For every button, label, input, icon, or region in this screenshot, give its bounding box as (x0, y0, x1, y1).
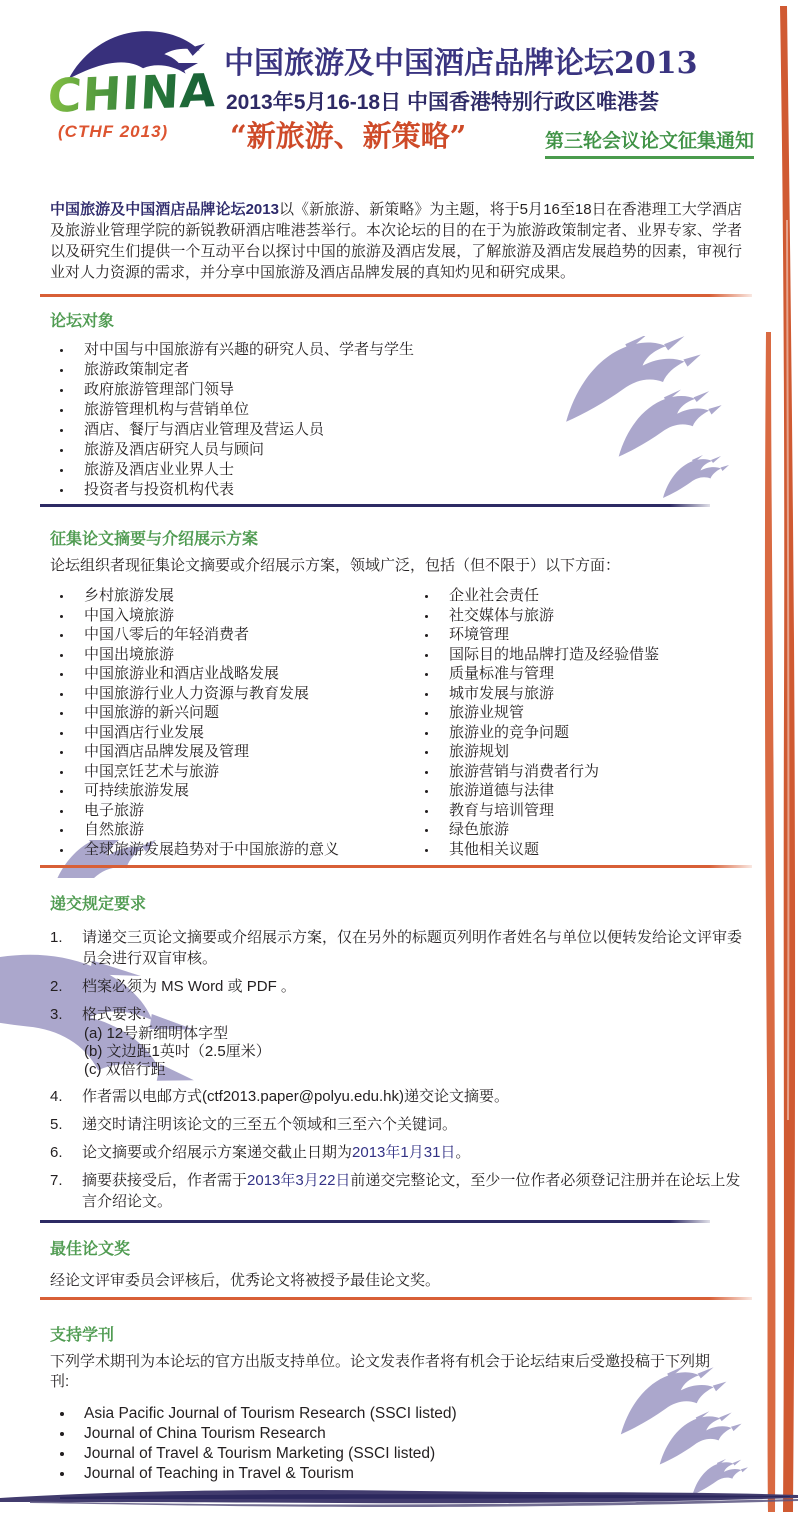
list-item: 旅游及酒店业业界人士 (50, 460, 742, 480)
bullet-dot-icon (50, 820, 84, 840)
list-item-label: 中国出境旅游 (84, 645, 174, 665)
bullet-dot-icon (50, 1424, 84, 1444)
journal-item: Journal of Teaching in Travel & Tourism (50, 1464, 742, 1484)
list-item: 质量标准与管理 (415, 664, 740, 684)
list-item-label: 投资者与投资机构代表 (84, 480, 234, 500)
list-item: 酒店、餐厅与酒店业管理及营运人员 (50, 420, 742, 440)
list-item-label: 旅游业规管 (449, 703, 524, 723)
list-item-label: 中国旅游的新兴问题 (84, 703, 219, 723)
topics-intro: 论坛组织者现征集论文摘要或介绍展示方案，领域广泛，包括（但不限于）以下方面： (50, 556, 742, 576)
logo-ctf-text: (CTHF 2013) (58, 122, 168, 142)
item-text: 请递交三页论文摘要或介绍展示方案，仅在另外的标题页列明作者姓名与单位以便转发给论… (82, 927, 742, 969)
list-item-label: 质量标准与管理 (449, 664, 554, 684)
award-text: 经论文评审委员会评核后，优秀论文将被授予最佳论文奖。 (50, 1270, 742, 1291)
sub-item: (b) 文边距1英吋（2.5厘米） (82, 1043, 742, 1061)
bullet-dot-icon (415, 742, 449, 762)
sub-item: (c) 双倍行距 (82, 1061, 742, 1079)
section-topics: 征集论文摘要与介绍展示方案 论坛组织者现征集论文摘要或介绍展示方案，领域广泛，包… (50, 530, 742, 859)
list-item-label: 旅游政策制定者 (84, 360, 189, 380)
item-text: 作者需以电邮方式(ctf2013.paper@polyu.edu.hk)递交论文… (82, 1086, 742, 1107)
deadline-date: 2013年3月22日 (247, 1172, 350, 1189)
list-item: 旅游政策制定者 (50, 360, 742, 380)
list-item: 中国烹饪艺术与旅游 (50, 762, 415, 782)
list-item-label: 教育与培训管理 (449, 801, 554, 821)
numbered-item: 2. 档案必须为 MS Word 或 PDF 。 (50, 976, 742, 997)
list-item: 中国八零后的年轻消费者 (50, 625, 415, 645)
intro-lead: 中国旅游及中国酒店品牌论坛2013 (50, 201, 279, 218)
item-number: 5. (50, 1114, 82, 1135)
list-item: 政府旅游管理部门领导 (50, 380, 742, 400)
bullet-dot-icon (50, 645, 84, 665)
topics-column-right: 企业社会责任 社交媒体与旅游 环境管理 国际目的地品牌打造及经验借鉴 (415, 586, 740, 859)
list-item-label: 政府旅游管理部门领导 (84, 380, 234, 400)
list-item: 乡村旅游发展 (50, 586, 415, 606)
numbered-item: 6. 论文摘要或介绍展示方案递交截止日期为2013年1月31日。 (50, 1142, 742, 1163)
list-item: 中国入境旅游 (50, 606, 415, 626)
bullet-dot-icon (50, 625, 84, 645)
journal-item: Asia Pacific Journal of Tourism Research… (50, 1404, 742, 1424)
list-item: 中国旅游业和酒店业战略发展 (50, 664, 415, 684)
notice-badge: 第三轮会议论文征集通知 (545, 126, 754, 159)
forum-datetime: 2013年5月16-18日 中国香港特别行政区唯港荟 (226, 86, 659, 116)
section-heading: 征集论文摘要与介绍展示方案 (50, 530, 742, 550)
bullet-dot-icon (415, 625, 449, 645)
bullet-dot-icon (415, 781, 449, 801)
bullet-dot-icon (415, 762, 449, 782)
list-item-label: 旅游业的竞争问题 (449, 723, 569, 743)
bullet-dot-icon (50, 480, 84, 500)
journal-name: Journal of Travel & Tourism Marketing (S… (84, 1444, 435, 1464)
section-submission: 递交规定要求 1. 请递交三页论文摘要或介绍展示方案，仅在另外的标题页列明作者姓… (50, 895, 742, 1219)
item-text: 摘要获接受后，作者需于2013年3月22日前递交完整论文，至少一位作者必须登记注… (82, 1170, 742, 1212)
list-item: 绿色旅游 (415, 820, 740, 840)
bullet-dot-icon (50, 801, 84, 821)
list-item-label: 国际目的地品牌打造及经验借鉴 (449, 645, 659, 665)
journal-name: Journal of China Tourism Research (84, 1424, 326, 1444)
bullet-dot-icon (50, 703, 84, 723)
intro-paragraph: 中国旅游及中国酒店品牌论坛2013以《新旅游、新策略》为主题，将于5月16至18… (50, 199, 742, 283)
bullet-dot-icon (50, 1404, 84, 1424)
item-text: 档案必须为 MS Word 或 PDF 。 (82, 976, 742, 997)
journal-name: Asia Pacific Journal of Tourism Research… (84, 1404, 457, 1424)
item-number: 6. (50, 1142, 82, 1163)
bullet-dot-icon (415, 723, 449, 743)
section-heading: 支持学刊 (50, 1326, 742, 1346)
bullet-dot-icon (50, 380, 84, 400)
list-item-label: 绿色旅游 (449, 820, 509, 840)
section-heading: 最佳论文奖 (50, 1240, 742, 1260)
list-item-label: 企业社会责任 (449, 586, 539, 606)
list-item: 旅游规划 (415, 742, 740, 762)
item-number: 7. (50, 1170, 82, 1212)
list-item-label: 城市发展与旅游 (449, 684, 554, 704)
list-item: 可持续旅游发展 (50, 781, 415, 801)
list-item-label: 中国酒店行业发展 (84, 723, 204, 743)
list-item-label: 自然旅游 (84, 820, 144, 840)
item-number: 4. (50, 1086, 82, 1107)
list-item: 教育与培训管理 (415, 801, 740, 821)
list-item-label: 可持续旅游发展 (84, 781, 189, 801)
section-heading: 递交规定要求 (50, 895, 742, 915)
list-item-label: 中国烹饪艺术与旅游 (84, 762, 219, 782)
bullet-dot-icon (415, 606, 449, 626)
bullet-dot-icon (50, 420, 84, 440)
list-item-label: 中国入境旅游 (84, 606, 174, 626)
bullet-dot-icon (50, 742, 84, 762)
bullet-dot-icon (415, 586, 449, 606)
section-journals: 支持学刊 下列学术期刊为本论坛的官方出版支持单位。论文发表作者将有机会于论坛结束… (50, 1326, 742, 1484)
divider (40, 504, 710, 507)
audience-list: 对中国与中国旅游有兴趣的研究人员、学者与学生 旅游政策制定者 政府旅游管理部门领… (50, 340, 742, 500)
numbered-item: 1. 请递交三页论文摘要或介绍展示方案，仅在另外的标题页列明作者姓名与单位以便转… (50, 927, 742, 969)
list-item: 中国酒店行业发展 (50, 723, 415, 743)
item-number: 2. (50, 976, 82, 997)
bullet-dot-icon (415, 840, 449, 860)
bullet-dot-icon (50, 1464, 84, 1484)
bullet-dot-icon (50, 781, 84, 801)
divider (40, 1297, 752, 1300)
list-item-label: 电子旅游 (84, 801, 144, 821)
list-item: 旅游及酒店研究人员与顾问 (50, 440, 742, 460)
journal-name: Journal of Teaching in Travel & Tourism (84, 1464, 354, 1484)
list-item: 投资者与投资机构代表 (50, 480, 742, 500)
list-item-label: 中国八零后的年轻消费者 (84, 625, 249, 645)
logo: CHINA (CTHF 2013) (46, 14, 241, 154)
section-audience: 论坛对象 对中国与中国旅游有兴趣的研究人员、学者与学生 旅游政策制定者 政府旅游… (50, 312, 742, 500)
list-item: 旅游道德与法律 (415, 781, 740, 801)
list-item-label: 旅游规划 (449, 742, 509, 762)
forum-slogan: “新旅游、新策略” (230, 114, 466, 155)
bullet-dot-icon (50, 340, 84, 360)
bullet-dot-icon (50, 440, 84, 460)
list-item-label: 旅游营销与消费者行为 (449, 762, 599, 782)
divider (40, 294, 752, 297)
list-item: 环境管理 (415, 625, 740, 645)
topics-columns: 乡村旅游发展 中国入境旅游 中国八零后的年轻消费者 中国出境旅游 (50, 586, 742, 859)
list-item-label: 旅游管理机构与营销单位 (84, 400, 249, 420)
list-item: 自然旅游 (50, 820, 415, 840)
list-item: 旅游营销与消费者行为 (415, 762, 740, 782)
list-item-label: 中国旅游行业人力资源与教育发展 (84, 684, 309, 704)
bullet-dot-icon (50, 586, 84, 606)
item-text: 递交时请注明该论文的三至五个领域和三至六个关键词。 (82, 1114, 742, 1135)
list-item: 全球旅游发展趋势对于中国旅游的意义 (50, 840, 415, 860)
list-item: 城市发展与旅游 (415, 684, 740, 704)
journals-intro: 下列学术期刊为本论坛的官方出版支持单位。论文发表作者将有机会于论坛结束后受邀投稿… (50, 1352, 710, 1392)
bullet-dot-icon (50, 664, 84, 684)
list-item-label: 全球旅游发展趋势对于中国旅游的意义 (84, 840, 339, 860)
list-item: 旅游业的竞争问题 (415, 723, 740, 743)
logo-china-text: CHINA (46, 63, 218, 123)
list-item: 中国出境旅游 (50, 645, 415, 665)
bullet-dot-icon (50, 723, 84, 743)
list-item: 国际目的地品牌打造及经验借鉴 (415, 645, 740, 665)
format-sublist: (a) 12号新细明体字型 (b) 文边距1英吋（2.5厘米） (c) 双倍行距 (82, 1025, 742, 1079)
list-item: 旅游业规管 (415, 703, 740, 723)
bullet-dot-icon (415, 801, 449, 821)
bullet-dot-icon (50, 460, 84, 480)
numbered-item: 4. 作者需以电邮方式(ctf2013.paper@polyu.edu.hk)递… (50, 1086, 742, 1107)
divider (40, 1220, 710, 1223)
list-item-label: 其他相关议题 (449, 840, 539, 860)
list-item: 中国旅游的新兴问题 (50, 703, 415, 723)
section-heading: 论坛对象 (50, 312, 742, 332)
bullet-dot-icon (415, 645, 449, 665)
item-text: 格式要求: (a) 12号新细明体字型 (b) 文边距1英吋（2.5厘米） (c… (82, 1004, 742, 1079)
list-item: 中国旅游行业人力资源与教育发展 (50, 684, 415, 704)
bullet-dot-icon (50, 606, 84, 626)
item-number: 1. (50, 927, 82, 969)
numbered-item: 7. 摘要获接受后，作者需于2013年3月22日前递交完整论文，至少一位作者必须… (50, 1170, 742, 1212)
right-brush-stripe-graphic (756, 0, 800, 1517)
list-item-label: 旅游道德与法律 (449, 781, 554, 801)
bullet-dot-icon (50, 360, 84, 380)
item-number: 3. (50, 1004, 82, 1079)
journal-item: Journal of China Tourism Research (50, 1424, 742, 1444)
list-item-label: 对中国与中国旅游有兴趣的研究人员、学者与学生 (84, 340, 414, 360)
list-item-label: 中国酒店品牌发展及管理 (84, 742, 249, 762)
journal-list: Asia Pacific Journal of Tourism Research… (50, 1404, 742, 1484)
list-item: 其他相关议题 (415, 840, 740, 860)
item-text: 论文摘要或介绍展示方案递交截止日期为2013年1月31日。 (82, 1142, 742, 1163)
bottom-brush-graphic (0, 1484, 800, 1512)
list-item: 旅游管理机构与营销单位 (50, 400, 742, 420)
list-item: 中国酒店品牌发展及管理 (50, 742, 415, 762)
bullet-dot-icon (415, 684, 449, 704)
list-item-label: 乡村旅游发展 (84, 586, 174, 606)
list-item-label: 社交媒体与旅游 (449, 606, 554, 626)
list-item: 电子旅游 (50, 801, 415, 821)
bullet-dot-icon (415, 703, 449, 723)
bullet-dot-icon (415, 820, 449, 840)
list-item-label: 旅游及酒店业业界人士 (84, 460, 234, 480)
divider (40, 865, 752, 868)
sub-item: (a) 12号新细明体字型 (82, 1025, 742, 1043)
list-item-label: 中国旅游业和酒店业战略发展 (84, 664, 279, 684)
submission-list: 1. 请递交三页论文摘要或介绍展示方案，仅在另外的标题页列明作者姓名与单位以便转… (50, 927, 742, 1212)
list-item: 对中国与中国旅游有兴趣的研究人员、学者与学生 (50, 340, 742, 360)
bullet-dot-icon (50, 1444, 84, 1464)
bullet-dot-icon (50, 840, 84, 860)
list-item-label: 环境管理 (449, 625, 509, 645)
forum-title: 中国旅游及中国酒店品牌论坛2013 (224, 38, 769, 82)
deadline-date: 2013年1月31日 (352, 1144, 455, 1161)
bullet-dot-icon (50, 762, 84, 782)
numbered-item: 5. 递交时请注明该论文的三至五个领域和三至六个关键词。 (50, 1114, 742, 1135)
list-item-label: 酒店、餐厅与酒店业管理及营运人员 (84, 420, 324, 440)
list-item: 企业社会责任 (415, 586, 740, 606)
bullet-dot-icon (415, 664, 449, 684)
journal-item: Journal of Travel & Tourism Marketing (S… (50, 1444, 742, 1464)
list-item-label: 旅游及酒店研究人员与顾问 (84, 440, 264, 460)
list-item: 社交媒体与旅游 (415, 606, 740, 626)
page: { "logo": { "china": "CHINA", "ctf": "(C… (0, 0, 800, 1517)
bullet-dot-icon (50, 400, 84, 420)
topics-column-left: 乡村旅游发展 中国入境旅游 中国八零后的年轻消费者 中国出境旅游 (50, 586, 415, 859)
numbered-item: 3. 格式要求: (a) 12号新细明体字型 (b) 文边距1英吋（2.5厘米）… (50, 1004, 742, 1079)
bullet-dot-icon (50, 684, 84, 704)
